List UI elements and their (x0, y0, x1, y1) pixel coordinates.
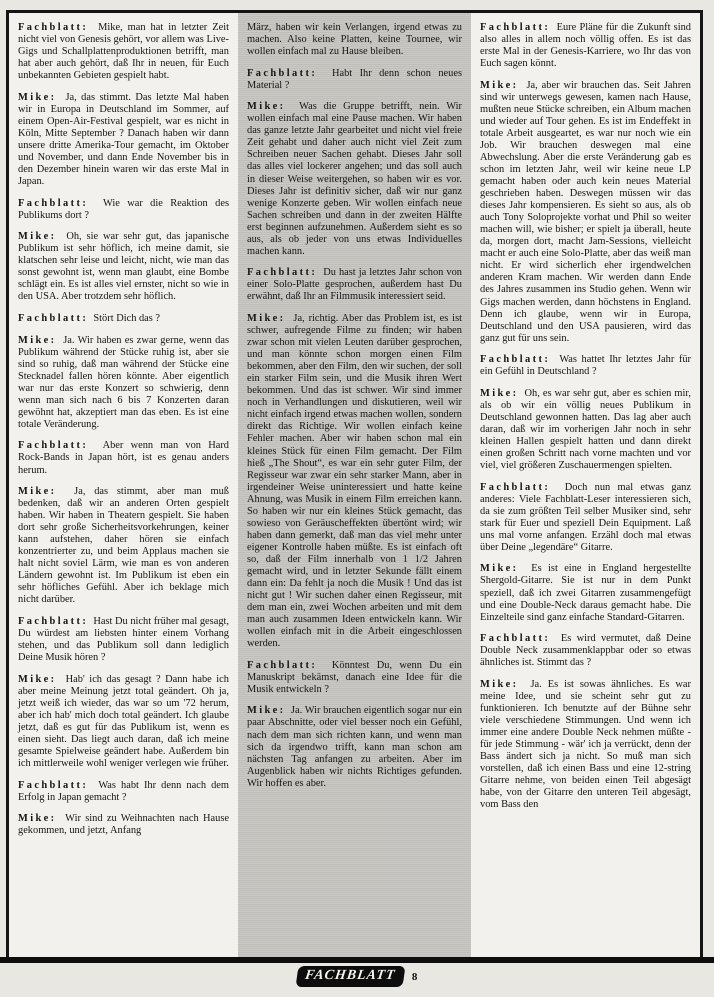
speaker-label: Mike: (247, 101, 286, 112)
page-footer: FACHBLATT 8 (0, 966, 714, 987)
mike-paragraph: Mike: Ja. Wir brauchen eigentlich sogar … (247, 705, 462, 789)
speaker-label: Fachblatt: (480, 482, 550, 493)
speaker-label: Fachblatt: (480, 22, 550, 33)
speaker-label: Mike: (18, 231, 57, 242)
speaker-label: Fachblatt: (247, 267, 317, 278)
speaker-label: Mike: (18, 813, 57, 824)
interview-column-3: Fachblatt: Eure Pläne für die Zukunft si… (471, 13, 700, 958)
mike-paragraph: Mike: Wir sind zu Weihnachten nach Hause… (18, 813, 229, 837)
fachblatt-paragraph: Fachblatt: Doch nun mal etwas ganz ander… (480, 482, 691, 554)
mike-paragraph: Mike: Es ist eine in England hergestellt… (480, 563, 691, 623)
fachblatt-paragraph: Fachblatt: Wie war die Reaktion des Publ… (18, 198, 229, 222)
interview-column-2: März, haben wir kein Verlangen, irgend e… (238, 13, 471, 958)
speaker-label: Fachblatt: (18, 22, 88, 33)
interview-column-1: Fachblatt: Mike, man hat in letzter Zeit… (9, 13, 238, 958)
article-frame: Fachblatt: Mike, man hat in letzter Zeit… (6, 10, 703, 958)
speaker-label: Fachblatt: (18, 780, 88, 791)
fachblatt-paragraph: Fachblatt: Hast Du nicht früher mal gesa… (18, 616, 229, 664)
fachblatt-paragraph: Fachblatt: Eure Pläne für die Zukunft si… (480, 22, 691, 70)
fachblatt-paragraph: Fachblatt: Was hattet Ihr letztes Jahr f… (480, 354, 691, 378)
speaker-label: Mike: (480, 563, 519, 574)
mike-paragraph: Mike: Ja, richtig. Aber das Problem ist,… (247, 313, 462, 650)
mike-paragraph: Mike: Hab' ich das gesagt ? Dann habe ic… (18, 674, 229, 770)
speaker-label: Fachblatt: (18, 440, 88, 451)
continued-paragraph: März, haben wir kein Verlangen, irgend e… (247, 22, 462, 58)
mike-paragraph: Mike: Ja, das stimmt. Das letzte Mal hab… (18, 92, 229, 188)
fachblatt-paragraph: Fachblatt: Es wird vermutet, daß Deine D… (480, 633, 691, 669)
mike-paragraph: Mike: Was die Gruppe betrifft, nein. Wir… (247, 101, 462, 258)
fachblatt-paragraph: Fachblatt: Was habt Ihr denn nach dem Er… (18, 780, 229, 804)
speaker-label: Mike: (480, 388, 519, 399)
bottom-rule (0, 957, 714, 963)
speaker-label: Fachblatt: (18, 616, 88, 627)
fachblatt-paragraph: Fachblatt: Aber wenn man von Hard Rock-B… (18, 440, 229, 476)
speaker-label: Fachblatt: (18, 198, 88, 209)
mike-paragraph: Mike: Oh, sie war sehr gut, das japanisc… (18, 231, 229, 303)
mike-paragraph: Mike: Ja. Wir haben es zwar gerne, wenn … (18, 335, 229, 431)
speaker-label: Mike: (247, 313, 286, 324)
mike-paragraph: Mike: Ja. Es ist sowas ähnliches. Es war… (480, 679, 691, 812)
fachblatt-paragraph: Fachblatt: Könntest Du, wenn Du ein Manu… (247, 660, 462, 696)
page-number: 8 (410, 971, 418, 983)
speaker-label: Mike: (480, 80, 519, 91)
mike-paragraph: Mike: Oh, es war sehr gut, aber es schie… (480, 388, 691, 472)
speaker-label: Fachblatt: (247, 68, 317, 79)
speaker-label: Mike: (18, 335, 57, 346)
speaker-label: Mike: (18, 674, 57, 685)
speaker-label: Mike: (247, 705, 286, 716)
fachblatt-paragraph: Fachblatt: Habt Ihr denn schon neues Mat… (247, 68, 462, 92)
mike-paragraph: Mike: Ja, das stimmt, aber man muß beden… (18, 486, 229, 606)
fachblatt-logo: FACHBLATT (295, 966, 405, 987)
fachblatt-paragraph: Fachblatt: Du hast ja letztes Jahr schon… (247, 267, 462, 303)
speaker-label: Fachblatt: (247, 660, 317, 671)
speaker-label: Fachblatt: (18, 313, 88, 324)
speaker-label: Fachblatt: (480, 354, 550, 365)
speaker-label: Mike: (480, 679, 519, 690)
mike-paragraph: Mike: Ja, aber wir brauchen das. Seit Ja… (480, 80, 691, 345)
speaker-label: Fachblatt: (480, 633, 550, 644)
speaker-label: Mike: (18, 486, 57, 497)
speaker-label: Mike: (18, 92, 57, 103)
fachblatt-paragraph: Fachblatt: Mike, man hat in letzter Zeit… (18, 22, 229, 82)
fachblatt-paragraph: Fachblatt: Stört Dich das ? (18, 313, 229, 325)
